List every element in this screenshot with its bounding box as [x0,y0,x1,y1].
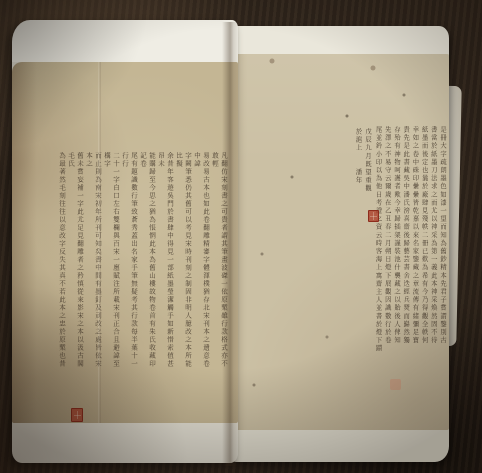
right-page-colophon-text: 是冊大字疏朗墨色如漆一望而知為舊鈔精本先君子嘗謂鑒別古 書當於紙墨刀法求之而尤以… [373,126,447,430]
faint-seal-pink-icon [390,379,401,390]
left-page-text: 凡翻仿宋刻書之可貴者謂其筆畫波磔一依原槧雖行款格式亦不敢輕 易改易古本也如此卷翻… [58,152,228,373]
left-page: 凡翻仿宋刻書之可貴者謂其筆畫波磔一依原槧雖行款格式亦不敢輕 易改易古本也如此卷翻… [12,20,238,463]
signature-seal-red-icon [368,210,379,222]
right-page: 是冊大字疏朗墨色如漆一望而知為舊鈔精本先君子嘗謂鑒別古 書當於紙墨刀法求之而尤以… [230,26,449,462]
left-page-paper: 凡翻仿宋刻書之可貴者謂其筆畫波磔一依原槧雖行款格式亦不敢輕 易改易古本也如此卷翻… [12,62,238,423]
manuscript-photo: 是冊大字疏朗墨色如漆一望而知為舊鈔精本先君子嘗謂鑒別古 書當於紙墨刀法求之而尤以… [0,0,482,473]
right-page-paper: 是冊大字疏朗墨色如漆一望而知為舊鈔精本先君子嘗謂鑒別古 書當於紙墨刀法求之而尤以… [230,54,449,430]
right-page-colophon-signature: 戊辰九月既望重觀 於滬上 潘年 [349,128,372,260]
collector-seal-red-icon [71,408,83,422]
